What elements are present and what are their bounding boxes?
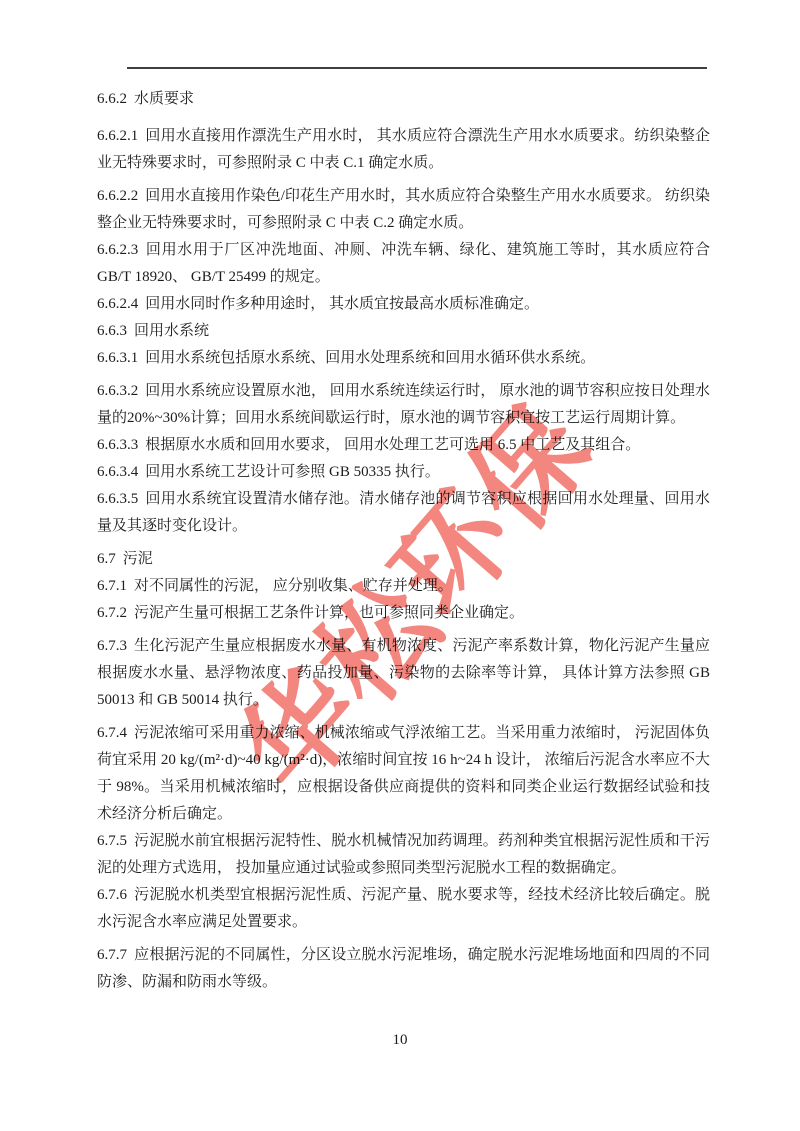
clause-text: 回用水系统包括原水系统、回用水处理系统和回用水循环供水系统。 — [145, 350, 595, 366]
clause-6-7-5: 6.7.5污泥脱水前宜根据污泥特性、脱水机械情况加药调理。药剂种类宜根据污泥性质… — [97, 828, 710, 882]
clause-number: 6.7.3 — [97, 638, 127, 654]
clause-6-7-1: 6.7.1对不同属性的污泥， 应分别收集、贮存并处理。 — [97, 573, 710, 600]
clause-number: 6.7.6 — [97, 887, 127, 903]
clause-6-6-3-1: 6.6.3.1回用水系统包括原水系统、回用水处理系统和回用水循环供水系统。 — [97, 345, 710, 372]
clause-number: 6.7.4 — [97, 725, 127, 741]
clause-6-6-3-2: 6.6.3.2回用水系统应设置原水池， 回用水系统连续运行时， 原水池的调节容积… — [97, 378, 710, 432]
clause-text: 回用水系统工艺设计可参照 GB 50335 执行。 — [145, 464, 440, 480]
clause-6-6-3: 6.6.3回用水系统 — [97, 318, 710, 345]
clause-text: 回用水系统宜设置清水储存池。清水储存池的调节容积应根据回用水处理量、回用水量及其… — [97, 491, 710, 534]
clause-number: 6.6.2 — [97, 91, 127, 107]
clause-text: 生化污泥产生量应根据废水水量、有机物浓度、污泥产率系数计算，物化污泥产生量应根据… — [97, 638, 710, 708]
clause-6-6-3-3: 6.6.3.3根据原水水质和回用水要求， 回用水处理工艺可选用 6.5 中工艺及… — [97, 432, 710, 459]
clause-number: 6.6.3.5 — [97, 491, 138, 507]
document-body: 6.6.2水质要求 6.6.2.1回用水直接用作漂洗生产用水时， 其水质应符合漂… — [97, 86, 710, 996]
clause-text: 应根据污泥的不同属性，分区设立脱水污泥堆场，确定脱水污泥堆场地面和四周的不同防渗… — [97, 947, 710, 990]
clause-text: 污泥脱水前宜根据污泥特性、脱水机械情况加药调理。药剂种类宜根据污泥性质和干污泥的… — [97, 833, 710, 876]
clause-number: 6.6.3 — [97, 323, 127, 339]
clause-6-6-3-4: 6.6.3.4回用水系统工艺设计可参照 GB 50335 执行。 — [97, 459, 710, 486]
clause-number: 6.7.2 — [97, 605, 127, 621]
clause-number: 6.7.7 — [97, 947, 127, 963]
clause-text: 水质要求 — [134, 91, 194, 107]
clause-number: 6.7.5 — [97, 833, 127, 849]
clause-text: 污泥 — [123, 551, 153, 567]
clause-text: 回用水系统应设置原水池， 回用水系统连续运行时， 原水池的调节容积应按日处理水量… — [97, 383, 710, 426]
clause-6-6-2-1: 6.6.2.1回用水直接用作漂洗生产用水时， 其水质应符合漂洗生产用水水质要求。… — [97, 123, 710, 177]
clause-text: 回用水用于厂区冲洗地面、冲厕、冲洗车辆、绿化、建筑施工等时，其水质应符合 GB/… — [97, 242, 710, 285]
clause-6-7-2: 6.7.2污泥产生量可根据工艺条件计算，也可参照同类企业确定。 — [97, 600, 710, 627]
clause-6-7-6: 6.7.6污泥脱水机类型宜根据污泥性质、污泥产量、脱水要求等，经技术经济比较后确… — [97, 882, 710, 936]
clause-6-6-2-2: 6.6.2.2回用水直接用作染色/印花生产用水时，其水质应符合染整生产用水水质要… — [97, 183, 710, 237]
clause-text: 回用水同时作多种用途时， 其水质宜按最高水质标准确定。 — [145, 296, 539, 312]
clause-6-6-3-5: 6.6.3.5回用水系统宜设置清水储存池。清水储存池的调节容积应根据回用水处理量… — [97, 486, 710, 540]
header-rule — [127, 67, 707, 69]
clause-number: 6.6.3.3 — [97, 437, 138, 453]
clause-text: 对不同属性的污泥， 应分别收集、贮存并处理。 — [134, 578, 453, 594]
clause-text: 污泥浓缩可采用重力浓缩、机械浓缩或气浮浓缩工艺。当采用重力浓缩时， 污泥固体负荷… — [97, 725, 710, 822]
clause-number: 6.6.2.2 — [97, 188, 138, 204]
clause-6-6-2: 6.6.2水质要求 — [97, 86, 710, 113]
clause-number: 6.7 — [97, 551, 116, 567]
clause-text: 污泥产生量可根据工艺条件计算，也可参照同类企业确定。 — [134, 605, 524, 621]
clause-6-7: 6.7污泥 — [97, 546, 710, 573]
clause-6-7-3: 6.7.3生化污泥产生量应根据废水水量、有机物浓度、污泥产率系数计算，物化污泥产… — [97, 633, 710, 714]
document-page: 6.6.2水质要求 6.6.2.1回用水直接用作漂洗生产用水时， 其水质应符合漂… — [0, 0, 800, 1131]
clause-text: 回用水直接用作染色/印花生产用水时，其水质应符合染整生产用水水质要求。 纺织染整… — [97, 188, 710, 231]
page-number: 10 — [0, 1032, 800, 1049]
clause-number: 6.6.3.4 — [97, 464, 138, 480]
clause-number: 6.7.1 — [97, 578, 127, 594]
clause-number: 6.6.3.1 — [97, 350, 138, 366]
clause-6-7-4: 6.7.4污泥浓缩可采用重力浓缩、机械浓缩或气浮浓缩工艺。当采用重力浓缩时， 污… — [97, 720, 710, 828]
clause-text: 根据原水水质和回用水要求， 回用水处理工艺可选用 6.5 中工艺及其组合。 — [145, 437, 640, 453]
clause-6-6-2-3: 6.6.2.3回用水用于厂区冲洗地面、冲厕、冲洗车辆、绿化、建筑施工等时，其水质… — [97, 237, 710, 291]
clause-number: 6.6.2.1 — [97, 128, 138, 144]
clause-text: 污泥脱水机类型宜根据污泥性质、污泥产量、脱水要求等，经技术经济比较后确定。脱水污… — [97, 887, 710, 930]
clause-number: 6.6.2.3 — [97, 242, 138, 258]
clause-6-6-2-4: 6.6.2.4回用水同时作多种用途时， 其水质宜按最高水质标准确定。 — [97, 291, 710, 318]
clause-text: 回用水系统 — [134, 323, 209, 339]
clause-text: 回用水直接用作漂洗生产用水时， 其水质应符合漂洗生产用水水质要求。纺织染整企业无… — [97, 128, 710, 171]
clause-number: 6.6.2.4 — [97, 296, 138, 312]
clause-number: 6.6.3.2 — [97, 383, 138, 399]
clause-6-7-7: 6.7.7应根据污泥的不同属性，分区设立脱水污泥堆场，确定脱水污泥堆场地面和四周… — [97, 942, 710, 996]
